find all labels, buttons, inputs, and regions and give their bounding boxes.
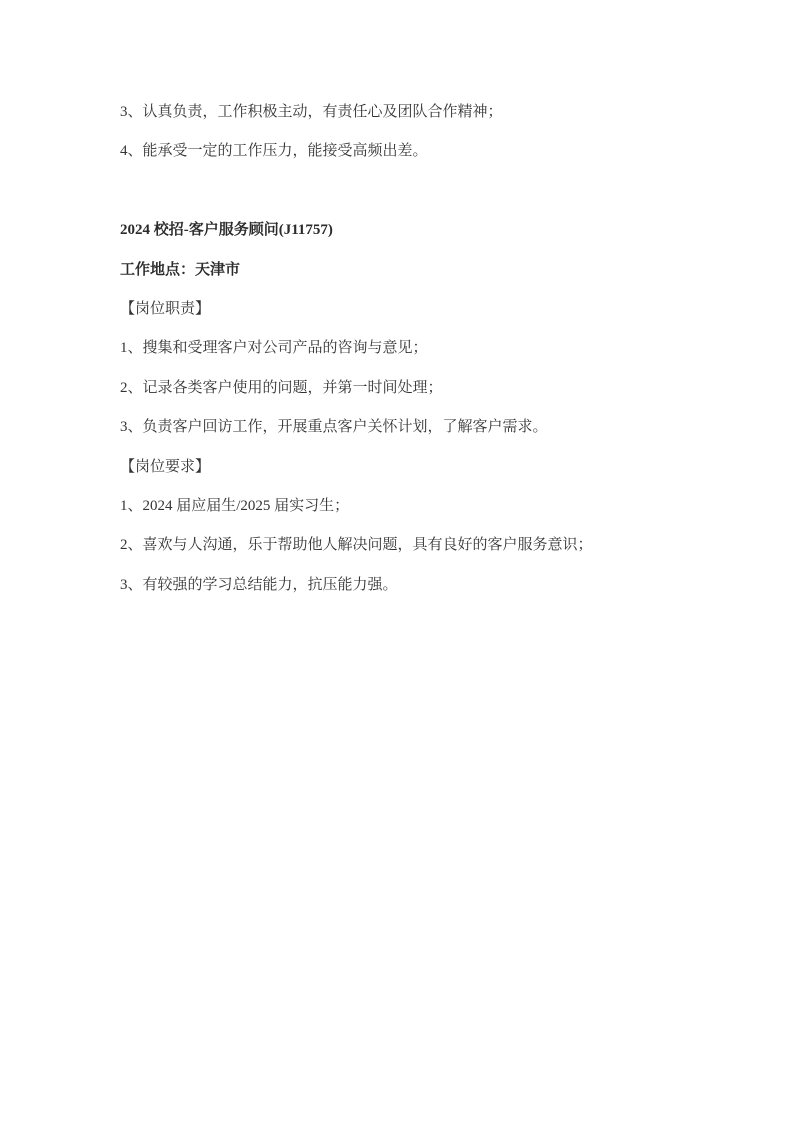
responsibility-item-1: 1、搜集和受理客户对公司产品的咨询与意见； xyxy=(120,329,739,368)
job-title: 2024 校招-客户服务顾问(J11757) xyxy=(120,211,739,250)
document-content: 3、认真负责，工作积极主动，有责任心及团队合作精神； 4、能承受一定的工作压力，… xyxy=(120,93,739,605)
requirement-item-2: 2、喜欢与人沟通，乐于帮助他人解决问题，具有良好的客户服务意识； xyxy=(120,526,739,565)
document-page: 3、认真负责，工作积极主动，有责任心及团队合作精神； 4、能承受一定的工作压力，… xyxy=(0,0,799,1131)
prev-requirement-item-3: 3、认真负责，工作积极主动，有责任心及团队合作精神； xyxy=(120,93,739,132)
section-header-responsibilities: 【岗位职责】 xyxy=(120,290,739,329)
requirement-item-1: 1、2024 届应届生/2025 届实习生； xyxy=(120,487,739,526)
responsibility-item-2: 2、记录各类客户使用的问题，并第一时间处理； xyxy=(120,369,739,408)
responsibility-item-3: 3、负责客户回访工作，开展重点客户关怀计划，了解客户需求。 xyxy=(120,408,739,447)
prev-requirement-item-4: 4、能承受一定的工作压力，能接受高频出差。 xyxy=(120,132,739,171)
job-location: 工作地点：天津市 xyxy=(120,251,739,290)
section-header-requirements: 【岗位要求】 xyxy=(120,448,739,487)
requirement-item-3: 3、有较强的学习总结能力，抗压能力强。 xyxy=(120,566,739,605)
